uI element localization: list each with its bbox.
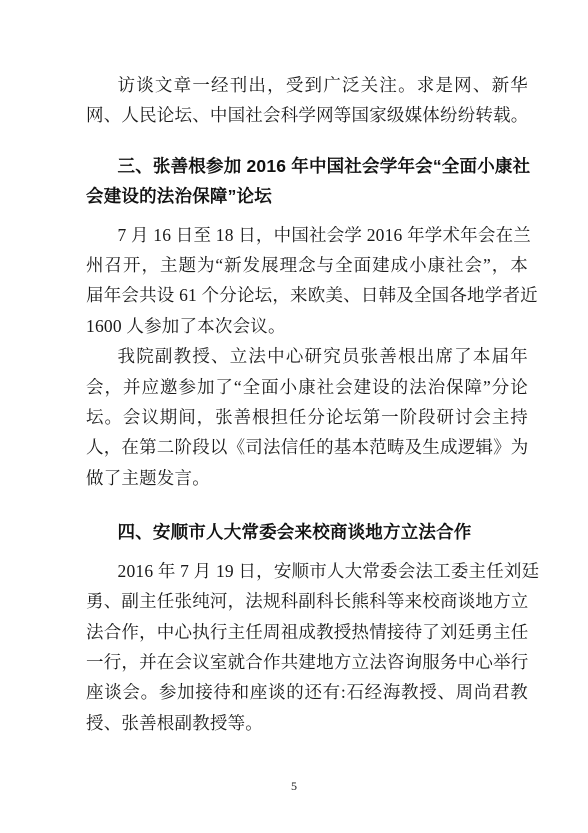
text-line: 网、人民论坛、中国社会科学网等国家级媒体纷纷转载。 [86, 100, 528, 130]
text-line: 一行，并在会议室就合作共建地方立法咨询服务中心举行 [86, 647, 528, 677]
paragraph-anshun-visit: 2016 年 7 月 19 日，安顺市人大常委会法工委主任刘廷 勇、副主任张纯河… [86, 556, 528, 738]
document-page: 访谈文章一经刊出，受到广泛关注。求是网、新华 网、人民论坛、中国社会科学网等国家… [0, 0, 588, 833]
page-number: 5 [0, 779, 588, 793]
text-line: 2016 年 7 月 19 日，安顺市人大常委会法工委主任刘廷 [86, 556, 528, 586]
section-3-heading: 三、张善根参加 2016 年中国社会学年会“全面小康社 会建设的法治保障”论坛 [86, 151, 528, 212]
text-line: 座谈会。参加接待和座谈的还有:石经海教授、周尚君教 [86, 677, 528, 707]
heading-line: 会建设的法治保障”论坛 [86, 181, 528, 211]
paragraph-annual-meeting: 7 月 16 日至 18 日，中国社会学 2016 年学术年会在兰 州召开，主题… [86, 220, 528, 342]
section-4-heading: 四、安顺市人大常委会来校商谈地方立法合作 [86, 517, 528, 547]
text-line: 1600 人参加了本次会议。 [86, 311, 528, 341]
text-line: 会，并应邀参加了“全面小康社会建设的法治保障”分论 [86, 372, 528, 402]
heading-line: 四、安顺市人大常委会来校商谈地方立法合作 [86, 517, 528, 547]
text-line: 法合作，中心执行主任周祖成教授热情接待了刘廷勇主任 [86, 617, 528, 647]
text-line: 坛。会议期间，张善根担任分论坛第一阶段研讨会主持 [86, 402, 528, 432]
heading-line: 三、张善根参加 2016 年中国社会学年会“全面小康社 [86, 151, 528, 181]
text-line: 我院副教授、立法中心研究员张善根出席了本届年 [86, 341, 528, 371]
paragraph-media-coverage: 访谈文章一经刊出，受到广泛关注。求是网、新华 网、人民论坛、中国社会科学网等国家… [86, 70, 528, 131]
text-line: 做了主题发言。 [86, 463, 528, 493]
text-line: 7 月 16 日至 18 日，中国社会学 2016 年学术年会在兰 [86, 220, 528, 250]
text-line: 人，在第二阶段以《司法信任的基本范畴及生成逻辑》为 [86, 432, 528, 462]
text-line: 授、张善根副教授等。 [86, 708, 528, 738]
text-line: 州召开，主题为“新发展理念与全面建成小康社会”，本 [86, 250, 528, 280]
paragraph-zhang-participation: 我院副教授、立法中心研究员张善根出席了本届年 会，并应邀参加了“全面小康社会建设… [86, 341, 528, 493]
text-line: 届年会共设 61 个分论坛，来欧美、日韩及全国各地学者近 [86, 280, 528, 310]
text-line: 访谈文章一经刊出，受到广泛关注。求是网、新华 [86, 70, 528, 100]
text-line: 勇、副主任张纯河，法规科副科长熊科等来校商谈地方立 [86, 586, 528, 616]
document-body: 访谈文章一经刊出，受到广泛关注。求是网、新华 网、人民论坛、中国社会科学网等国家… [86, 70, 528, 738]
